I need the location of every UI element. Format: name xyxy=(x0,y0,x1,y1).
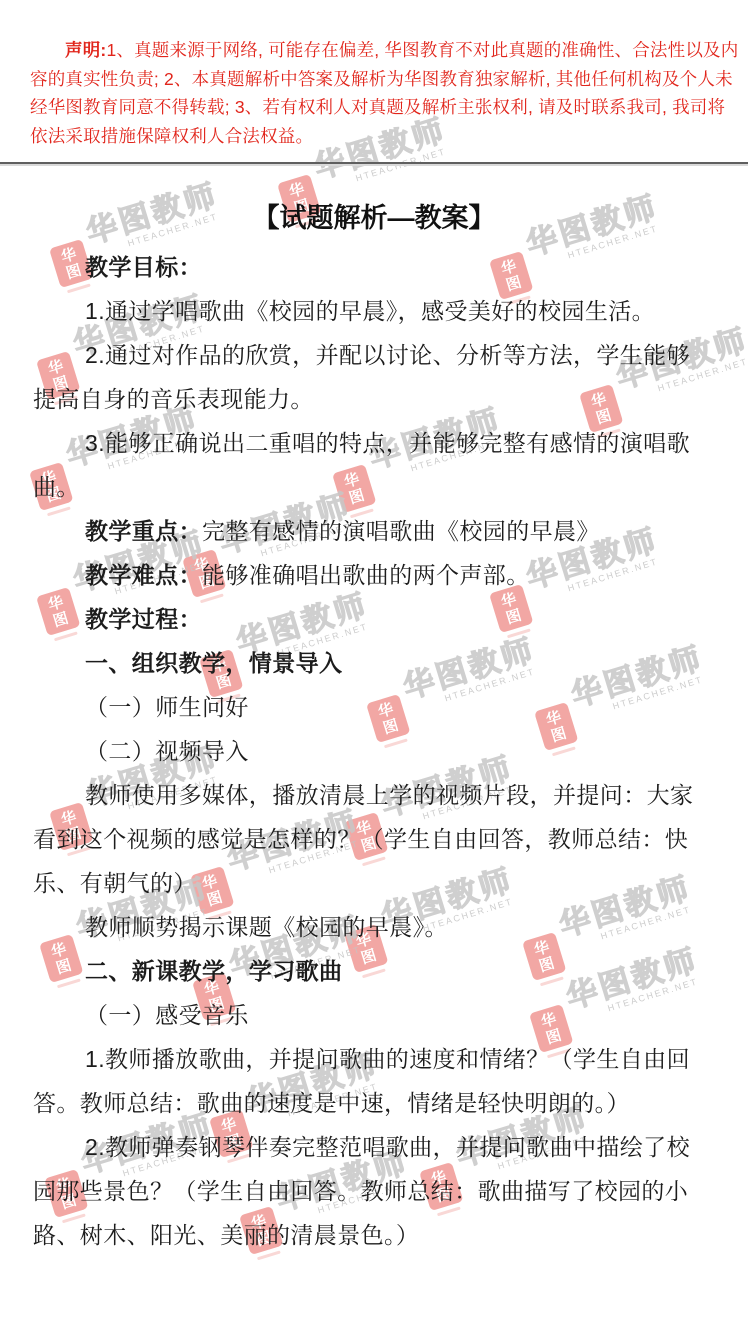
doc-line: 看到这个视频的感觉是怎样的？（学生自由回答，教师总结：快 xyxy=(33,817,720,861)
disclaimer-line: 经华图教育同意不得转载; 3、若有权利人对真题及解析主张权利, 请及时联系我司,… xyxy=(30,93,724,122)
section-divider xyxy=(0,162,748,166)
doc-line: （一）感受音乐 xyxy=(33,993,720,1037)
doc-text-segment: 1.教师播放歌曲，并提问歌曲的速度和情绪？（学生自由回 xyxy=(85,1046,690,1072)
disclaimer-notice: 声明:1、真题来源于网络, 可能存在偏差, 华图教育不对此真题的准确性、合法性以… xyxy=(30,36,724,150)
doc-line: 教师顺势揭示课题《校园的早晨》。 xyxy=(33,905,720,949)
doc-heading-segment: 二、新课教学，学习歌曲 xyxy=(85,958,342,984)
disclaimer-line: 容的真实性负责; 2、本真题解析中答案及解析为华图教育独家解析, 其他任何机构及… xyxy=(30,65,724,94)
doc-heading-segment: 教学难点： xyxy=(85,562,202,588)
doc-line: 答。教师总结：歌曲的速度是中速，情绪是轻快明朗的。） xyxy=(33,1081,720,1125)
doc-line: 路、树木、阳光、美丽的清晨景色。） xyxy=(33,1213,720,1257)
doc-text-segment: 教师使用多媒体，播放清晨上学的视频片段，并提问：大家 xyxy=(85,782,693,808)
doc-line: （一）师生问好 xyxy=(33,685,720,729)
doc-line: 教师使用多媒体，播放清晨上学的视频片段，并提问：大家 xyxy=(33,773,720,817)
doc-text-segment: 曲。 xyxy=(33,474,80,500)
doc-text-segment: 看到这个视频的感觉是怎样的？（学生自由回答，教师总结：快 xyxy=(33,826,688,852)
doc-text-segment: 园那些景色？（学生自由回答。教师总结：歌曲描写了校园的小 xyxy=(33,1178,688,1204)
doc-text-segment: 教师顺势揭示课题《校园的早晨》。 xyxy=(85,914,448,940)
doc-text-segment: 3.能够正确说出二重唱的特点，并能够完整有感情的演唱歌 xyxy=(85,430,690,456)
doc-line: 二、新课教学，学习歌曲 xyxy=(33,949,720,993)
document-title: 【试题解析—教案】 xyxy=(0,196,748,240)
doc-heading-segment: 教学重点： xyxy=(85,518,202,544)
doc-line: 3.能够正确说出二重唱的特点，并能够完整有感情的演唱歌 xyxy=(33,421,720,465)
doc-line: 园那些景色？（学生自由回答。教师总结：歌曲描写了校园的小 xyxy=(33,1169,720,1213)
doc-heading-segment: 一、组织教学，情景导入 xyxy=(85,650,342,676)
doc-text-segment: （一）感受音乐 xyxy=(85,1002,249,1028)
doc-heading-segment: 教学目标： xyxy=(85,254,202,280)
doc-line: 提高自身的音乐表现能力。 xyxy=(33,377,720,421)
disclaimer-label: 声明: xyxy=(65,40,106,60)
doc-line: （二）视频导入 xyxy=(33,729,720,773)
doc-text-segment: 提高自身的音乐表现能力。 xyxy=(33,386,314,412)
doc-text-segment: 完整有感情的演唱歌曲《校园的早晨》 xyxy=(202,518,600,544)
doc-text-segment: 1.通过学唱歌曲《校园的早晨》，感受美好的校园生活。 xyxy=(85,298,655,324)
doc-line: 教学过程： xyxy=(33,597,720,641)
doc-text-segment: 2.通过对作品的欣赏，并配以讨论、分析等方法，学生能够 xyxy=(85,342,690,368)
doc-text-segment: 路、树木、阳光、美丽的清晨景色。） xyxy=(33,1222,419,1248)
doc-line: 1.教师播放歌曲，并提问歌曲的速度和情绪？（学生自由回 xyxy=(33,1037,720,1081)
doc-line: 2.教师弹奏钢琴伴奏完整范唱歌曲，并提问歌曲中描绘了校 xyxy=(33,1125,720,1169)
doc-line: 教学难点：能够准确唱出歌曲的两个声部。 xyxy=(33,553,720,597)
document-body: 教学目标：1.通过学唱歌曲《校园的早晨》，感受美好的校园生活。2.通过对作品的欣… xyxy=(33,245,720,1257)
document-page: 华图华图教师HTEACHER.NET华图华图教师HTEACHER.NET华图华图… xyxy=(0,0,748,1335)
doc-text-segment: （二）视频导入 xyxy=(85,738,249,764)
doc-text-segment: 乐、有朝气的） xyxy=(33,870,197,896)
doc-text-segment: （一）师生问好 xyxy=(85,694,249,720)
doc-line: 一、组织教学，情景导入 xyxy=(33,641,720,685)
doc-line: 1.通过学唱歌曲《校园的早晨》，感受美好的校园生活。 xyxy=(33,289,720,333)
doc-line: 曲。 xyxy=(33,465,720,509)
doc-line: 2.通过对作品的欣赏，并配以讨论、分析等方法，学生能够 xyxy=(33,333,720,377)
doc-text-segment: 答。教师总结：歌曲的速度是中速，情绪是轻快明朗的。） xyxy=(33,1090,630,1116)
doc-line: 教学目标： xyxy=(33,245,720,289)
doc-text-segment: 2.教师弹奏钢琴伴奏完整范唱歌曲，并提问歌曲中描绘了校 xyxy=(85,1134,690,1160)
doc-heading-segment: 教学过程： xyxy=(85,606,202,632)
disclaimer-line: 依法采取措施保障权利人合法权益。 xyxy=(30,122,724,151)
disclaimer-line: 声明:1、真题来源于网络, 可能存在偏差, 华图教育不对此真题的准确性、合法性以… xyxy=(30,36,724,65)
doc-line: 教学重点：完整有感情的演唱歌曲《校园的早晨》 xyxy=(33,509,720,553)
doc-line: 乐、有朝气的） xyxy=(33,861,720,905)
doc-text-segment: 能够准确唱出歌曲的两个声部。 xyxy=(202,562,530,588)
